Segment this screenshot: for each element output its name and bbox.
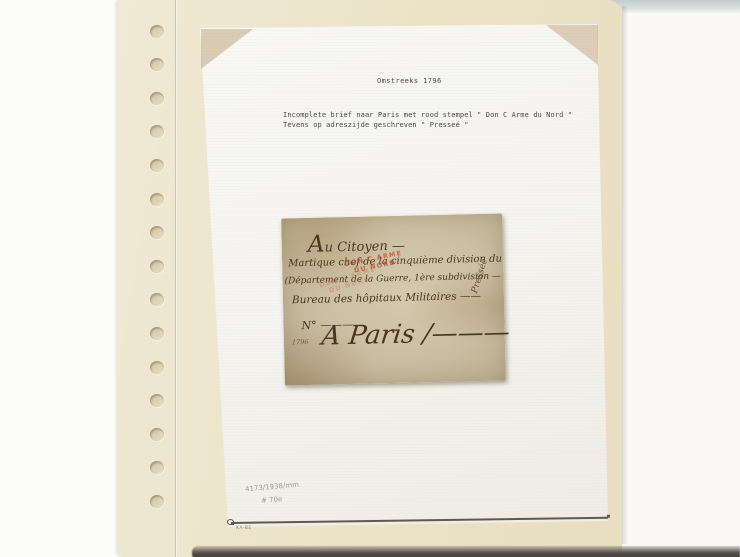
punch-hole — [150, 361, 164, 374]
letter-destination: A Paris /——— — [320, 317, 511, 351]
table-edge-shadow — [192, 546, 740, 557]
punch-hole — [150, 260, 164, 273]
punch-hole — [150, 125, 164, 138]
description-line-2: Tevens op adreszijde geschreven " Presse… — [283, 120, 572, 130]
page-heading: Omstreeks 1796 — [377, 77, 442, 85]
photo-stage: Omstreeks 1796 Incomplete brief naar Par… — [0, 0, 740, 557]
punch-hole — [150, 293, 164, 306]
punch-hole — [150, 394, 164, 407]
punch-hole — [150, 193, 164, 206]
page-description: Incomplete brief naar Paris met rood ste… — [283, 110, 572, 130]
punch-hole — [150, 92, 164, 105]
punch-hole — [150, 495, 164, 508]
punch-hole — [150, 428, 164, 441]
punch-hole — [150, 226, 164, 239]
letter-year-note: 1796 — [292, 338, 309, 346]
punch-hole — [150, 58, 164, 71]
exhibit-page: Omstreeks 1796 Incomplete brief naar Par… — [195, 20, 615, 532]
punch-hole — [150, 461, 164, 474]
description-line-1: Incomplete brief naar Paris met rood ste… — [283, 110, 572, 120]
letter-cover: Au Citoyen — Martique chef de la cinquiè… — [281, 214, 506, 386]
album-brand-mark: KA-BE — [236, 526, 252, 531]
punch-hole — [150, 25, 164, 38]
page-crease — [175, 0, 176, 557]
punch-hole — [150, 159, 164, 172]
album-page-edge-shadow — [622, 6, 628, 544]
punch-hole — [150, 327, 164, 340]
